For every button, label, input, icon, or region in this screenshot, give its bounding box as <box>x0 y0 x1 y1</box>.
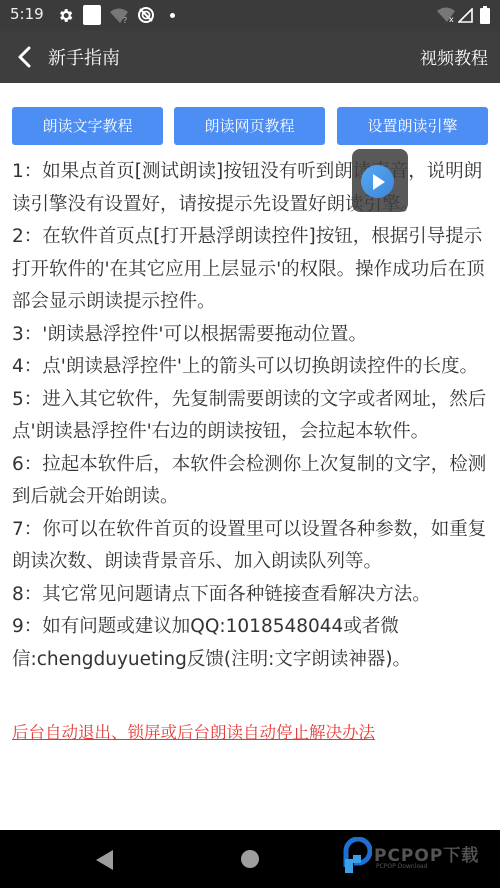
guide-item: 2：在软件首页点[打开悬浮朗读控件]按钮，根据引导提示打开软件的'在其它应用上层… <box>12 221 490 319</box>
svg-text:x: x <box>449 15 454 23</box>
set-tts-engine-button[interactable]: 设置朗读引擎 <box>337 107 488 145</box>
guide-item: 9：如有问题或建议加QQ:1018548044或者微信:chengduyueti… <box>12 611 490 676</box>
wifi-unknown-icon: ? <box>110 8 130 28</box>
battery-icon <box>480 6 490 28</box>
back-triangle-icon <box>96 850 114 870</box>
wifi-off-icon: x <box>437 7 457 27</box>
read-text-tutorial-button[interactable]: 朗读文字教程 <box>12 107 163 145</box>
read-webpage-tutorial-button[interactable]: 朗读网页教程 <box>174 107 325 145</box>
tutorial-button-row: 朗读文字教程 朗读网页教程 设置朗读引擎 <box>12 107 488 145</box>
guide-item: 1：如果点首页[测试朗读]按钮没有听到朗读声音，说明朗读引擎没有设置好，请按提示… <box>12 156 490 221</box>
dot-icon <box>170 13 175 18</box>
gear-icon <box>57 7 74 28</box>
svg-text:?: ? <box>123 16 127 24</box>
nav-back-button[interactable] <box>96 850 114 874</box>
guide-item: 8：其它常见问题请点下面各种链接查看解决方法。 <box>12 579 490 612</box>
guide-item: 6：拉起本软件后，本软件会检测你上次复制的文字，检测到后就会开始朗读。 <box>12 449 490 514</box>
watermark-subtext: PCPOP Download <box>376 863 428 870</box>
video-tutorial-button[interactable]: 视频教程 <box>420 44 488 69</box>
watermark-logo: PCPOP下载 PCPOP Download <box>340 833 500 885</box>
cell-signal-icon <box>458 8 473 27</box>
guide-item: 7：你可以在软件首页的设置里可以设置各种参数，如重复朗读次数、朗读背景音乐、加入… <box>12 514 490 579</box>
guide-item: 4：点'朗读悬浮控件'上的箭头可以切换朗读控件的长度。 <box>12 351 490 384</box>
status-time: 5:19 <box>10 5 44 23</box>
play-button[interactable] <box>361 165 394 198</box>
chevron-left-icon <box>12 42 40 72</box>
app-bar: 新手指南 视频教程 <box>0 31 500 83</box>
square-notification-icon <box>83 5 101 25</box>
back-button[interactable] <box>12 42 40 72</box>
background-stop-fix-link[interactable]: 后台自动退出、锁屏或后台朗读自动停止解决办法 <box>12 719 375 743</box>
guide-item: 5：进入其它软件，先复制需要朗读的文字或者网址，然后点'朗读悬浮控件'右边的朗读… <box>12 384 490 449</box>
sync-off-icon <box>137 6 155 28</box>
floating-read-widget[interactable] <box>352 149 408 212</box>
nav-home-button[interactable] <box>241 850 259 868</box>
status-bar: 5:19 ? x <box>0 0 500 31</box>
play-icon <box>373 174 385 190</box>
guide-text: 1：如果点首页[测试朗读]按钮没有听到朗读声音，说明朗读引擎没有设置好，请按提示… <box>12 156 490 676</box>
pcpop-logo-icon <box>340 837 372 877</box>
guide-item: 3：'朗读悬浮控件'可以根据需要拖动位置。 <box>12 319 490 352</box>
page-title: 新手指南 <box>48 44 120 70</box>
